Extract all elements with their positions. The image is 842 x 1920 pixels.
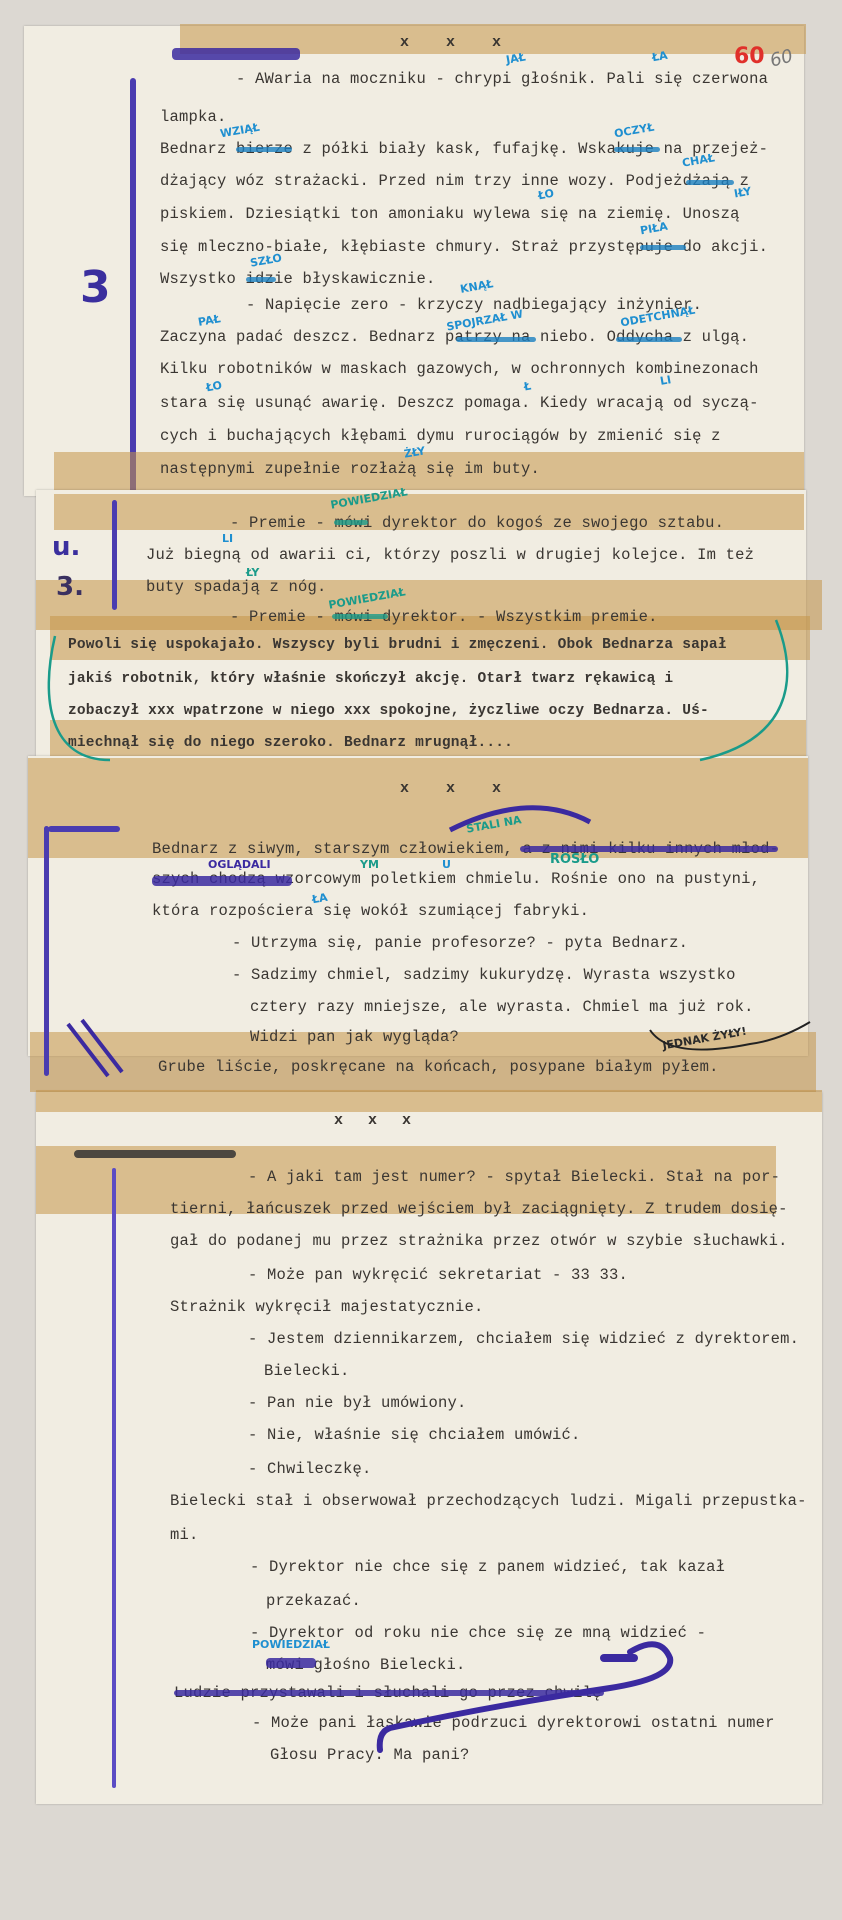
handwritten-correction: ŁO (205, 379, 223, 395)
margin-bracket-top (48, 826, 120, 832)
struck-heading (172, 48, 300, 60)
text-line: - Jestem dziennikarzem, chciałem się wid… (248, 1330, 799, 1348)
text-line: Bielecki. (264, 1362, 350, 1380)
text-line: - Premie - mówi dyrektor do kogoś ze swo… (230, 514, 724, 532)
text-line: przekazać. (266, 1592, 361, 1610)
text-line: Już biegną od awarii ci, którzy poszli w… (146, 546, 754, 564)
handwritten-correction: OGLĄDALI (208, 858, 271, 871)
margin-label: u. (52, 532, 80, 562)
text-line: tierni, łańcuszek przed wejściem był zac… (170, 1200, 788, 1218)
blue-strikethrough (640, 245, 686, 250)
text-line: Powoli się uspokajało. Wszyscy byli brud… (68, 636, 727, 654)
text-line: - Dyrektor nie chce się z panem widzieć,… (250, 1558, 725, 1576)
text-line: piskiem. Dziesiątki ton amoniaku wylewa … (160, 205, 740, 223)
blue-strikethrough (614, 147, 660, 152)
text-line: stara się usunąć awarię. Deszcz pomaga. … (160, 394, 759, 412)
blue-strikethrough (246, 277, 276, 282)
handwritten-correction: YM (360, 858, 379, 871)
handwritten-correction: POWIEDZIAŁ (252, 1638, 330, 1651)
text-line: - AWaria na moczniku - chrypi głośnik. P… (236, 70, 768, 88)
margin-bracket (130, 78, 136, 508)
blue-strikethrough (236, 147, 292, 152)
handwritten-correction: ŁO (537, 187, 555, 203)
blue-strikethrough (616, 337, 682, 342)
handwritten-correction: LI (222, 532, 233, 545)
blue-strikethrough (332, 614, 388, 619)
text-line: następnymi zupełnie rozłażą się im buty. (160, 460, 540, 478)
text-line: - Chwileczkę. (248, 1460, 372, 1478)
text-line: zobaczył xxx wpatrzone w niego xxx spoko… (68, 702, 709, 720)
text-line: - Napięcie zero - krzyczy nadbiegający i… (246, 296, 702, 314)
handwritten-correction: LI (659, 373, 672, 388)
text-line: gał do podanej mu przez strażnika przez … (170, 1232, 788, 1250)
margin-bracket (44, 826, 49, 1076)
margin-label: 3. (56, 572, 84, 602)
text-line: - Może pani łaskawie podrzuci dyrektorow… (252, 1714, 775, 1732)
text-line: mi. (170, 1526, 199, 1544)
text-line: cych i buchających kłębami dymu rurociąg… (160, 427, 721, 445)
tape-strip (36, 1090, 822, 1112)
blue-strikethrough (686, 180, 734, 185)
text-line: - Może pan wykręcić sekretariat - 33 33. (248, 1266, 628, 1284)
margin-bracket (112, 1168, 116, 1788)
text-line: - A jaki tam jest numer? - spytał Bielec… (248, 1168, 780, 1186)
section-separator: x x x (400, 780, 515, 797)
text-line: Bielecki stał i obserwował przechodzącyc… (170, 1492, 807, 1510)
struck-text (174, 1690, 604, 1696)
text-line: miechnął się do niego szeroko. Bednarz m… (68, 734, 513, 752)
manuscript-sheet-1 (24, 26, 804, 496)
handwritten-correction: ŁY (246, 566, 259, 579)
struck-heading (74, 1150, 236, 1158)
section-separator: x x x (334, 1112, 419, 1129)
handwritten-correction: U (442, 858, 451, 871)
text-line: Grube liście, poskręcane na końcach, pos… (158, 1058, 719, 1076)
text-line: - Sadzimy chmiel, sadzimy kukurydzę. Wyr… (232, 966, 736, 984)
blue-strikethrough (456, 337, 536, 342)
margin-bracket (112, 500, 117, 610)
handwritten-correction: ŁA (651, 49, 669, 65)
section-separator: x x x (400, 34, 515, 51)
text-line: Głosu Pracy. Ma pani? (270, 1746, 470, 1764)
text-line: Strażnik wykręcił majestatycznie. (170, 1298, 484, 1316)
text-line: - Utrzyma się, panie profesorze? - pyta … (232, 934, 688, 952)
text-line: cztery razy mniejsze, ale wyrasta. Chmie… (250, 998, 754, 1016)
text-line: jakiś robotnik, który właśnie skończył a… (68, 670, 673, 688)
page-number-red: 60 (734, 44, 765, 69)
struck-text (152, 876, 292, 886)
text-line: - Pan nie był umówiony. (248, 1394, 467, 1412)
handwritten-correction: ŁA (311, 891, 329, 907)
text-line: - Premie - mówi dyrektor. - Wszystkim pr… (230, 608, 658, 626)
text-line: - Nie, właśnie się chciałem umówić. (248, 1426, 581, 1444)
text-line: dżający wóz strażacki. Przed nim trzy in… (160, 172, 749, 190)
blue-strikethrough (334, 520, 368, 525)
margin-number: 3 (80, 262, 111, 313)
text-line: która rozpościera się wokół szumiącej fa… (152, 902, 589, 920)
text-line: buty spadają z nóg. (146, 578, 327, 596)
text-line: lampka. (160, 108, 227, 126)
text-line: Widzi pan jak wygląda? (250, 1028, 459, 1046)
handwritten-correction: ROSŁO (550, 852, 599, 867)
struck-text (266, 1658, 316, 1668)
text-line: Wszystko idzie błyskawicznie. (160, 270, 436, 288)
